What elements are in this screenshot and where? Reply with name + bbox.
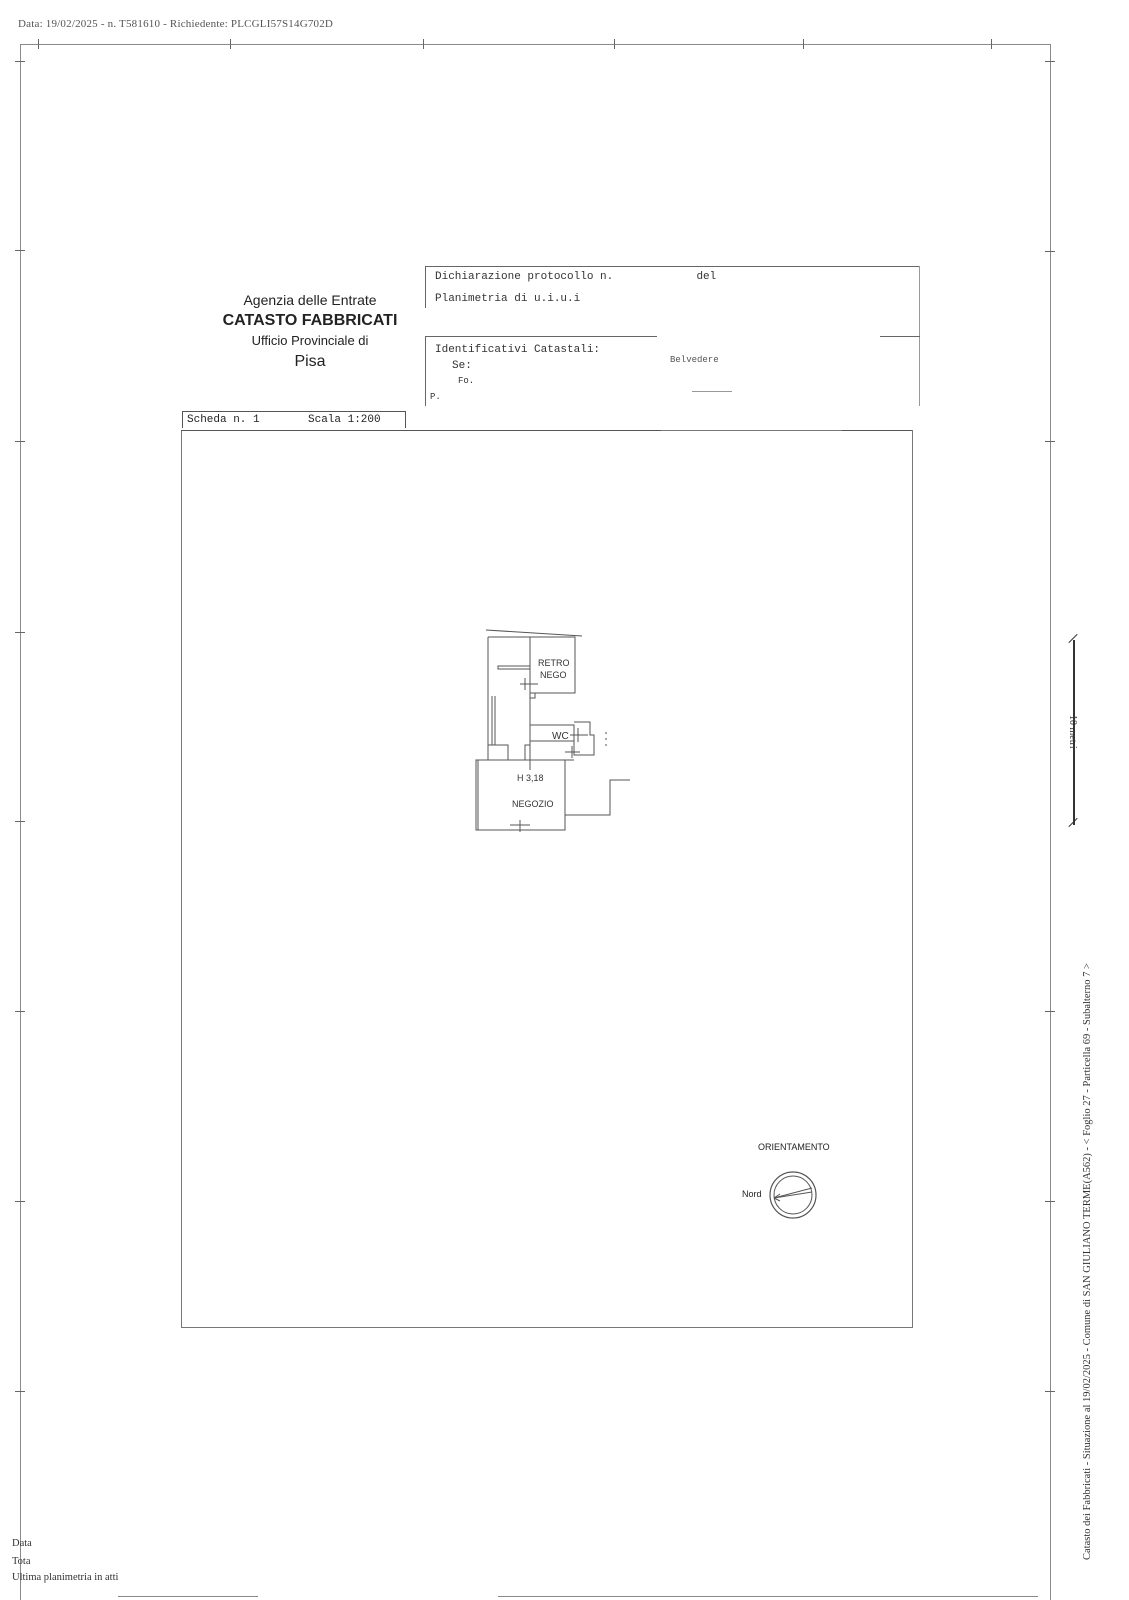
footer-last-plan-label: Ultima planimetria in atti <box>12 1572 118 1583</box>
room-height-label: H 3,18 <box>517 773 544 783</box>
footer-tota-label: Tota <box>12 1556 31 1567</box>
room-label-retro: RETRO <box>538 658 570 668</box>
registry-title: CATASTO FABBRICATI <box>200 312 420 330</box>
section-prefix: Se: <box>452 360 472 372</box>
room-label-wc: WC <box>552 731 569 742</box>
office-label: Ufficio Provinciale di <box>210 333 410 348</box>
foglio-prefix: Fo. <box>458 376 474 386</box>
agency-name: Agenzia delle Entrate <box>210 292 410 308</box>
office-city: Pisa <box>210 353 410 371</box>
floor-plan-drawing <box>470 620 630 850</box>
identifiers-label: Identificativi Catastali: <box>435 344 600 356</box>
sheet-scale: Scala 1:200 <box>308 414 381 426</box>
protocol-label: Dichiarazione protocollo n. <box>435 271 613 283</box>
particella-prefix: P. <box>430 392 441 402</box>
document-header: Data: 19/02/2025 - n. T581610 - Richiede… <box>18 18 333 30</box>
footer-data-label: Data <box>12 1538 32 1549</box>
date-label: del <box>696 271 716 283</box>
compass-icon <box>768 1170 818 1220</box>
scale-bar-label: 10 metri <box>1067 715 1078 749</box>
room-label-negozio: NEGOZIO <box>512 799 554 809</box>
side-caption: Catasto dei Fabbricati - Situazione al 1… <box>1082 963 1093 1560</box>
room-label-nego: NEGO <box>540 670 567 680</box>
sheet-info-box: Scheda n. 1 Scala 1:200 <box>182 411 406 428</box>
north-label: Nord <box>742 1189 762 1199</box>
plan-type-label: Planimetria di u.i.u.i <box>435 293 580 305</box>
sheet-number: Scheda n. 1 <box>187 414 260 426</box>
orientation-title: ORIENTAMENTO <box>758 1142 830 1152</box>
address-fragment: Belvedere <box>670 355 719 365</box>
